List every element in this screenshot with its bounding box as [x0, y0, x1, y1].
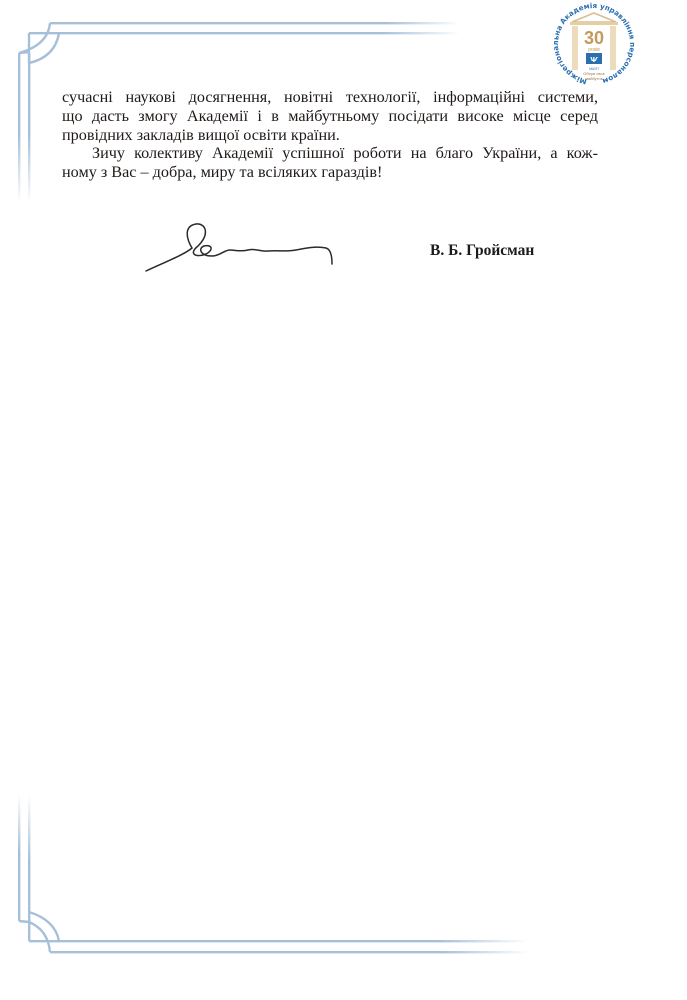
text-line: що дасть змогу Академії і в майбутньому … — [62, 107, 598, 126]
paragraph-wishes: Зичу колективу Академії успішної роботи … — [62, 144, 598, 182]
logo-years-label: років — [588, 47, 600, 53]
text-line: ному з Вас – добра, миру та всіляких гар… — [62, 163, 598, 182]
svg-text:Ѱ: Ѱ — [590, 56, 598, 64]
paragraph-continuation: сучасні наукові досягнення, новітні техн… — [62, 88, 598, 144]
logo-slogan-line2: майбутнє — [585, 76, 603, 81]
logo-years-number: 30 — [584, 28, 604, 48]
letter-body: сучасні наукові досягнення, новітні техн… — [62, 88, 598, 182]
academy-anniversary-logo: Міжрегіональна Академія управління персо… — [548, 0, 640, 88]
handwritten-signature — [140, 218, 340, 276]
text-line: провідних закладів вищої освіти країни. — [62, 126, 598, 145]
text-line: Зичу колективу Академії успішної роботи … — [62, 144, 598, 163]
signer-name: В. Б. Гройсман — [430, 242, 534, 260]
text-line: сучасні наукові досягнення, новітні техн… — [62, 88, 598, 107]
